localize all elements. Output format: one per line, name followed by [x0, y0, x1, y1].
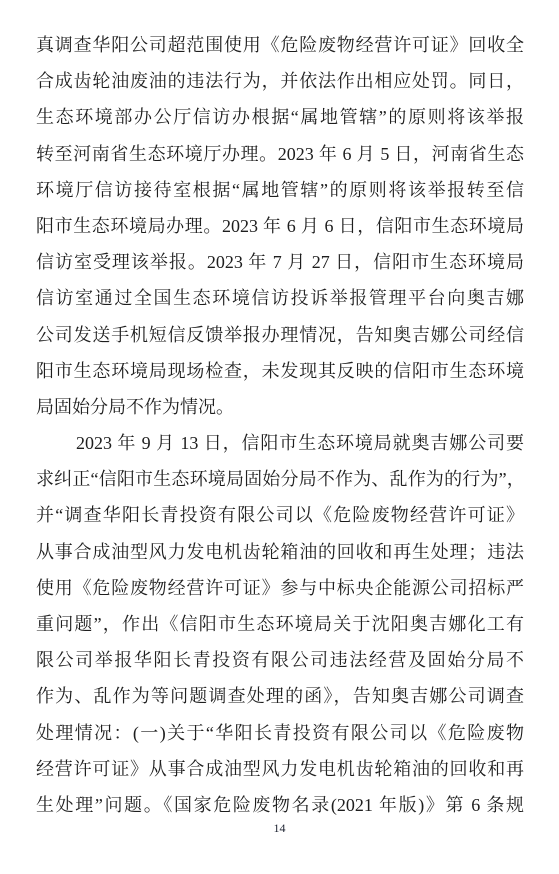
text-line: 局固始分局不作为情况。 [36, 389, 524, 425]
text-line: 2023 年 9 月 13 日，信阳市生态环境局就奥吉娜公司要 [36, 425, 524, 461]
text-line: 从事合成油型风力发电机齿轮箱油的回收和再生处理；违法 [36, 534, 524, 570]
text-line: 生态环境部办公厅信访办根据“属地管辖”的原则将该举报 [36, 99, 524, 135]
text-line: 信访室通过全国生态环境信访投诉举报管理平台向奥吉娜 [36, 280, 524, 316]
text-line: 阳市生态环境局现场检查，未发现其反映的信阳市生态环境 [36, 353, 524, 389]
document-body: 真调查华阳公司超范围使用《危险废物经营许可证》回收全合成齿轮油废油的违法行为，并… [36, 27, 524, 823]
text-line: 并“调查华阳长青投资有限公司以《危险废物经营许可证》 [36, 497, 524, 533]
text-line: 重问题”，作出《信阳市生态环境局关于沈阳奥吉娜化工有 [36, 606, 524, 642]
text-line: 公司发送手机短信反馈举报办理情况，告知奥吉娜公司经信 [36, 317, 524, 353]
text-line: 转至河南省生态环境厅办理。2023 年 6 月 5 日，河南省生态 [36, 136, 524, 172]
text-line: 限公司举报华阳长青投资有限公司违法经营及固始分局不 [36, 642, 524, 678]
text-line: 经营许可证》从事合成油型风力发电机齿轮箱油的回收和再 [36, 751, 524, 787]
text-line: 阳市生态环境局办理。2023 年 6 月 6 日，信阳市生态环境局 [36, 208, 524, 244]
text-line: 生处理”问题。《国家危险废物名录(2021 年版)》第 6 条规 [36, 787, 524, 823]
text-line: 使用《危险废物经营许可证》参与中标央企能源公司招标严 [36, 570, 524, 606]
text-line: 信访室受理该举报。2023 年 7 月 27 日，信阳市生态环境局 [36, 244, 524, 280]
text-line: 真调查华阳公司超范围使用《危险废物经营许可证》回收全 [36, 27, 524, 63]
page-number: 14 [0, 821, 559, 835]
document-page: 真调查华阳公司超范围使用《危险废物经营许可证》回收全合成齿轮油废油的违法行为，并… [0, 0, 559, 874]
text-line: 处理情况：(一)关于“华阳长青投资有限公司以《危险废物 [36, 715, 524, 751]
text-line: 求纠正“信阳市生态环境局固始分局不作为、乱作为的行为”， [36, 461, 524, 497]
text-line: 合成齿轮油废油的违法行为，并依法作出相应处罚。同日， [36, 63, 524, 99]
text-line: 环境厅信访接待室根据“属地管辖”的原则将该举报转至信 [36, 172, 524, 208]
text-line: 作为、乱作为等问题调查处理的函》，告知奥吉娜公司调查 [36, 678, 524, 714]
